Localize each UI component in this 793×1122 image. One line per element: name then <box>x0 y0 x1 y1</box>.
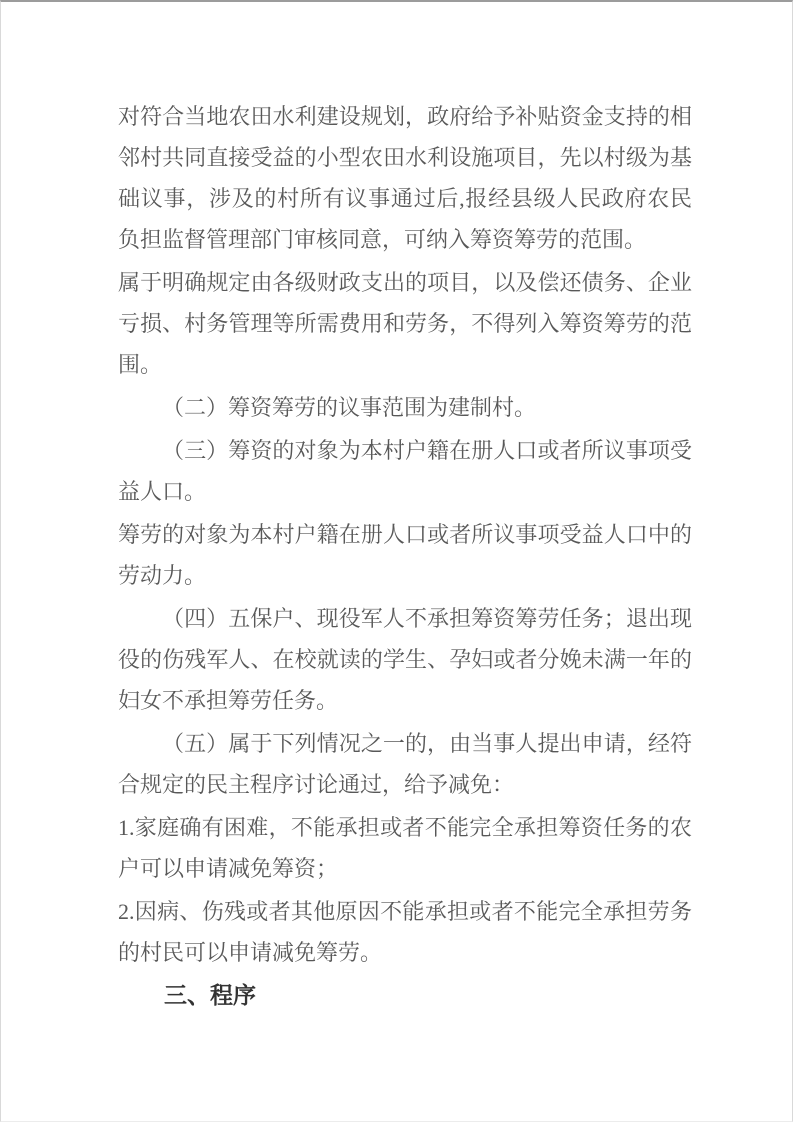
body-paragraph: 属于明确规定由各级财政支出的项目，以及偿还债务、企业亏损、村务管理等所需费用和劳… <box>118 262 692 385</box>
body-paragraph: 2.因病、伤残或者其他原因不能承担或者不能完全承担劳务的村民可以申请减免筹劳。 <box>118 891 692 973</box>
body-paragraph: 筹劳的对象为本村户籍在册人口或者所议事项受益人口中的劳动力。 <box>118 514 692 596</box>
document-body: 对符合当地农田水利建设规划，政府给予补贴资金支持的相邻村共同直接受益的小型农田水… <box>118 96 692 1018</box>
body-paragraph: （四）五保户、现役军人不承担筹资筹劳任务；退出现役的伤残军人、在校就读的学生、孕… <box>118 598 692 721</box>
body-paragraph: 对符合当地农田水利建设规划，政府给予补贴资金支持的相邻村共同直接受益的小型农田水… <box>118 96 692 260</box>
body-paragraph: （二）筹资筹劳的议事范围为建制村。 <box>118 387 692 428</box>
document-page: 对符合当地农田水利建设规划，政府给予补贴资金支持的相邻村共同直接受益的小型农田水… <box>0 0 793 1122</box>
body-paragraph: 1.家庭确有困难，不能承担或者不能完全承担筹资任务的农户可以申请减免筹资； <box>118 807 692 889</box>
section-heading: 三、程序 <box>118 975 692 1016</box>
body-paragraph: （三）筹资的对象为本村户籍在册人口或者所议事项受益人口。 <box>118 430 692 512</box>
body-paragraph: （五）属于下列情况之一的，由当事人提出申请，经符合规定的民主程序讨论通过，给予减… <box>118 723 692 805</box>
